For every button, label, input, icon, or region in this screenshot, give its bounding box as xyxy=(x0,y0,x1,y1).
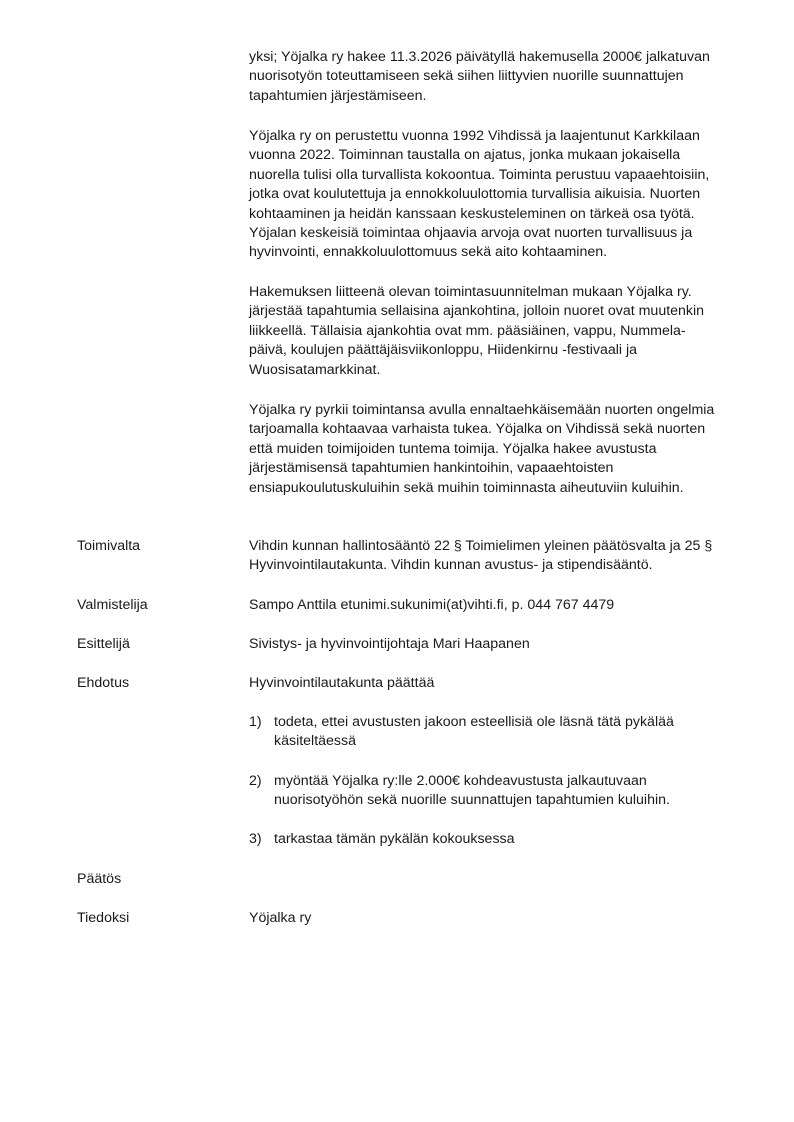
text-line: nuorisotyöhön sekä nuorille suunnattujen… xyxy=(274,791,670,810)
text-line: nuorisotyön toteuttamiseen sekä siihen l… xyxy=(249,67,794,86)
ehdotus-label: Ehdotus xyxy=(77,674,129,693)
text-line: vuonna 2022. Toiminnan taustalla on ajat… xyxy=(249,146,794,165)
esittelija-value: Sivistys- ja hyvinvointijohtaja Mari Haa… xyxy=(249,635,530,654)
paatos-label: Päätös xyxy=(77,870,121,889)
text-line: Vihdin kunnan hallintosääntö 22 § Toimie… xyxy=(249,537,712,556)
body-paragraph-2: Yöjalka ry on perustettu vuonna 1992 Vih… xyxy=(249,127,794,263)
text-line: järjestää tapahtumia sellaisina ajankoht… xyxy=(249,302,794,321)
text-line: Hakemuksen liitteenä olevan toimintasuun… xyxy=(249,283,794,302)
text-line: päivä, koulujen päättäjäisviikonloppu, H… xyxy=(249,341,794,360)
item-text: myöntää Yöjalka ry:lle 2.000€ kohdeavust… xyxy=(274,772,670,811)
item-text: tarkastaa tämän pykälän kokouksessa xyxy=(274,830,515,849)
text-line: ensiapukoulutuskuluihin sekä muihin toim… xyxy=(249,479,794,498)
text-line: Hyvinvointilautakunta päättää xyxy=(249,674,434,693)
body-paragraph-1: yksi; Yöjalka ry hakee 11.3.2026 päiväty… xyxy=(249,48,794,106)
text-line: Sivistys- ja hyvinvointijohtaja Mari Haa… xyxy=(249,635,530,654)
text-line: yksi; Yöjalka ry hakee 11.3.2026 päiväty… xyxy=(249,48,794,67)
text-line: järjestämisensä tapahtumien hankintoihin… xyxy=(249,459,794,478)
text-line: että muiden toimijoiden tuntema toimija.… xyxy=(249,440,794,459)
text-line: tarkastaa tämän pykälän kokouksessa xyxy=(274,830,515,849)
text-line: todeta, ettei avustusten jakoon esteelli… xyxy=(274,713,674,732)
text-line: Yöjalka ry pyrkii toimintansa avulla enn… xyxy=(249,401,794,420)
text-line: kohtaaminen ja heidän kanssaan keskustel… xyxy=(249,205,794,224)
valmistelija-value: Sampo Anttila etunimi.sukunimi(at)vihti.… xyxy=(249,596,614,615)
text-line: Yöjalka ry xyxy=(249,909,311,928)
text-line: liikkeellä. Tällaisia ajankohtia ovat mm… xyxy=(249,322,794,341)
body-paragraph-4: Yöjalka ry pyrkii toimintansa avulla enn… xyxy=(249,401,794,498)
valmistelija-label: Valmistelija xyxy=(77,596,148,615)
item-number: 2) xyxy=(249,772,271,791)
text-line: jotka ovat koulutettuja ja ennokkoluulot… xyxy=(249,185,794,204)
toimivalta-label: Toimivalta xyxy=(77,537,140,556)
tiedoksi-value: Yöjalka ry xyxy=(249,909,311,928)
ehdotus-intro: Hyvinvointilautakunta päättää xyxy=(249,674,434,693)
text-line: Yöjalan keskeisiä toimintaa ohjaavia arv… xyxy=(249,224,794,243)
text-line: tapahtumien järjestämiseen. xyxy=(249,87,794,106)
text-line: Yöjalka ry on perustettu vuonna 1992 Vih… xyxy=(249,127,794,146)
tiedoksi-label: Tiedoksi xyxy=(77,909,129,928)
item-number: 3) xyxy=(249,830,271,849)
text-line: hyvinvointi, ennakkoluulottomuus sekä ai… xyxy=(249,243,794,262)
item-number: 1) xyxy=(249,713,271,732)
text-line: Hyvinvointilautakunta. Vihdin kunnan avu… xyxy=(249,556,712,575)
item-text: todeta, ettei avustusten jakoon esteelli… xyxy=(274,713,674,752)
esittelija-label: Esittelijä xyxy=(77,635,130,654)
toimivalta-value: Vihdin kunnan hallintosääntö 22 § Toimie… xyxy=(249,537,712,576)
text-line: Wuosisatamarkkinat. xyxy=(249,361,794,380)
text-line: nuorella tulisi olla turvallista kokoont… xyxy=(249,166,794,185)
body-paragraph-3: Hakemuksen liitteenä olevan toimintasuun… xyxy=(249,283,794,380)
text-line: tarjoamalla kohtaavaa varhaista tukea. Y… xyxy=(249,420,794,439)
text-line: käsiteltäessä xyxy=(274,732,674,751)
text-line: myöntää Yöjalka ry:lle 2.000€ kohdeavust… xyxy=(274,772,670,791)
text-line: Sampo Anttila etunimi.sukunimi(at)vihti.… xyxy=(249,596,614,615)
